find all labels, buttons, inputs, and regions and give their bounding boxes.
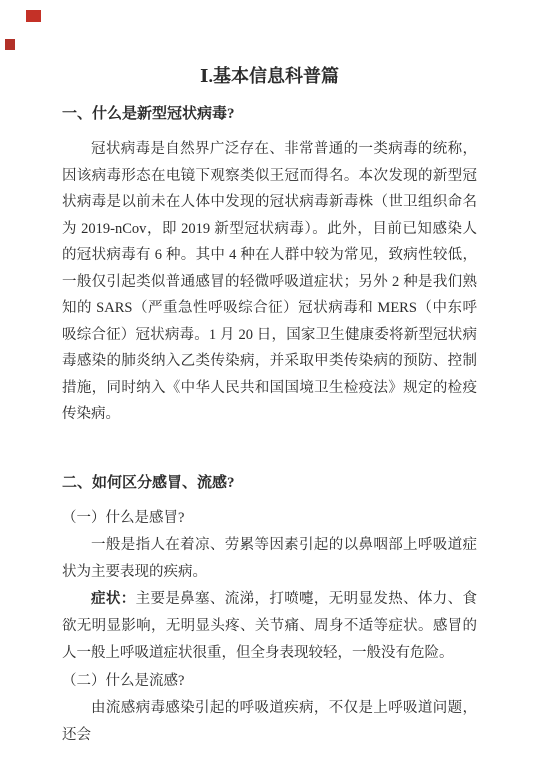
section-cold-vs-flu: 二、如何区分感冒、流感? （一）什么是感冒? 一般是指人在着凉、劳累等因素引起的…	[62, 472, 477, 749]
subsection-what-is-flu-heading: （二）什么是流感?	[62, 668, 477, 695]
red-mark-2	[5, 39, 15, 50]
symptoms-label: 症状：	[91, 591, 136, 607]
cold-symptoms-paragraph: 症状：主要是鼻塞、流涕，打喷嚏，无明显发热、体力、食欲无明显影响，无明显头疼、关…	[62, 586, 477, 667]
cold-definition-paragraph: 一般是指人在着凉、劳累等因素引起的以鼻咽部上呼吸道症状为主要表现的疾病。	[62, 532, 477, 586]
document-content: Ⅰ.基本信息科普篇 一、什么是新型冠状病毒? 冠状病毒是自然界广泛存在、非常普通…	[62, 60, 477, 749]
flu-definition-paragraph: 由流感病毒感染引起的呼吸道疾病，不仅是上呼吸道问题，还会	[62, 695, 477, 749]
section-1-heading: 一、什么是新型冠状病毒?	[62, 103, 477, 126]
subsection-what-is-cold-heading: （一）什么是感冒?	[62, 505, 477, 532]
document-page: Ⅰ.基本信息科普篇 一、什么是新型冠状病毒? 冠状病毒是自然界广泛存在、非常普通…	[0, 0, 543, 768]
section-what-is-coronavirus: 一、什么是新型冠状病毒? 冠状病毒是自然界广泛存在、非常普通的一类病毒的统称，因…	[62, 103, 477, 428]
red-mark-1	[26, 10, 41, 22]
section-2-heading: 二、如何区分感冒、流感?	[62, 472, 477, 495]
document-title: Ⅰ.基本信息科普篇	[62, 64, 477, 88]
section-1-paragraph: 冠状病毒是自然界广泛存在、非常普通的一类病毒的统称，因该病毒形态在电镜下观察类似…	[62, 136, 477, 428]
